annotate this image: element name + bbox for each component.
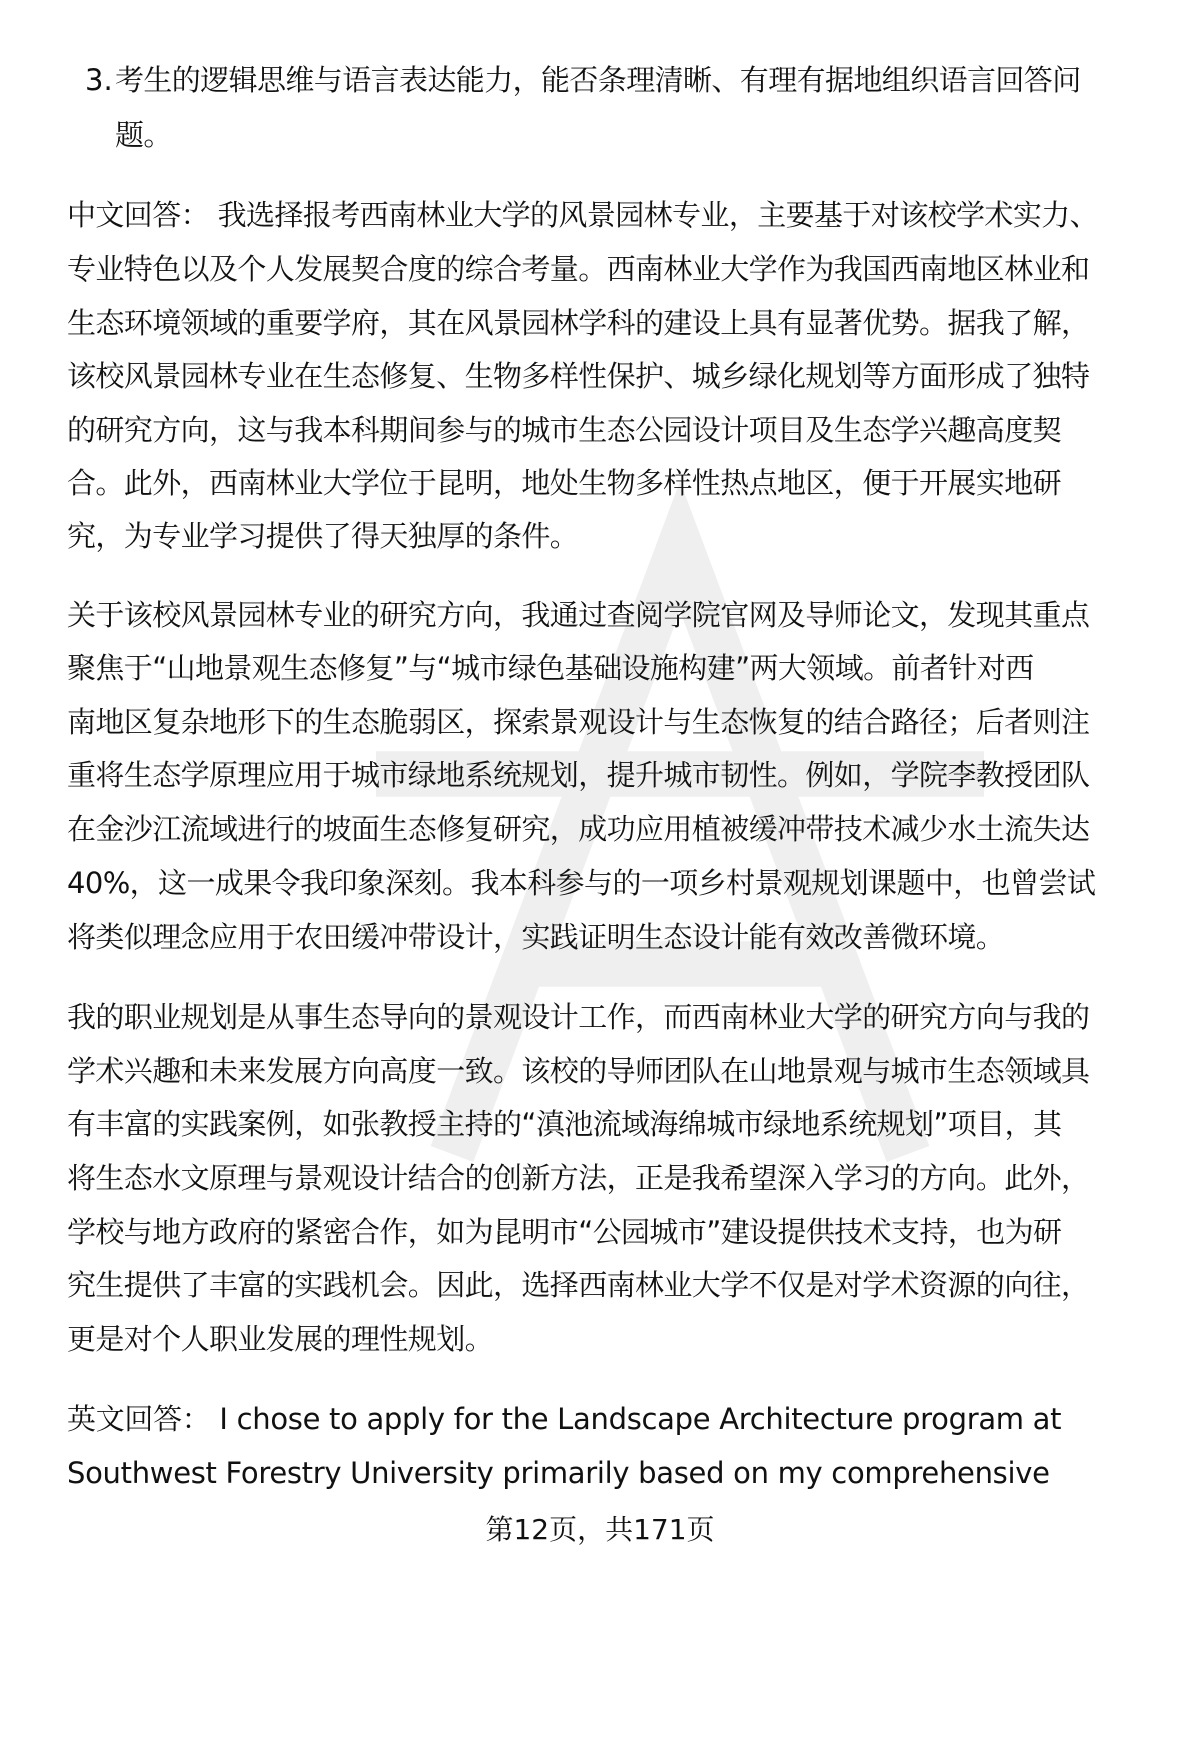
paragraph-line: 将类似理念应用于农田缓冲带设计，实践证明生态设计能有效改善微环境。	[67, 917, 1147, 957]
paragraph-line: 有丰富的实践案例，如张教授主持的“滇池流域海绵城市绿地系统规划”项目，其	[67, 1104, 1147, 1144]
paragraph-line: 聚焦于“山地景观生态修复”与“城市绿色基础设施构建”两大领域。前者针对西	[67, 648, 1147, 688]
paragraph-line: 更是对个人职业发展的理性规划。	[67, 1319, 1147, 1359]
paragraph-line: 的研究方向，这与我本科期间参与的城市生态公园设计项目及生态学兴趣高度契	[67, 410, 1147, 450]
paragraph-line: 在金沙江流域进行的坡面生态修复研究，成功应用植被缓冲带技术减少水土流失达	[67, 809, 1147, 849]
list-number: 3.	[85, 60, 113, 100]
paragraph-line: 合。此外，西南林业大学位于昆明，地处生物多样性热点地区，便于开展实地研	[67, 463, 1147, 503]
paragraph-line: 究，为专业学习提供了得天独厚的条件。	[67, 516, 1147, 556]
paragraph-line: 南地区复杂地形下的生态脆弱区，探索景观设计与生态恢复的结合路径；后者则注	[67, 702, 1147, 742]
paragraph-line: 英文回答： I chose to apply for the Landscape…	[67, 1399, 1147, 1439]
paragraph-line: 究生提供了丰富的实践机会。因此，选择西南林业大学不仅是对学术资源的向往，	[67, 1265, 1147, 1305]
paragraph-line: 重将生态学原理应用于城市绿地系统规划，提升城市韧性。例如，学院李教授团队	[67, 755, 1147, 795]
paragraph-line: 生态环境领域的重要学府，其在风景园林学科的建设上具有显著优势。据我了解，	[67, 303, 1147, 343]
list-item-text: 考生的逻辑思维与语言表达能力，能否条理清晰、有理有据地组织语言回答问	[115, 60, 1195, 100]
paragraph-line: 学校与地方政府的紧密合作，如为昆明市“公园城市”建设提供技术支持，也为研	[67, 1212, 1147, 1252]
paragraph-line: 我的职业规划是从事生态导向的景观设计工作，而西南林业大学的研究方向与我的	[67, 997, 1147, 1037]
paragraph-line: 将生态水文原理与景观设计结合的创新方法，正是我希望深入学习的方向。此外，	[67, 1158, 1147, 1198]
paragraph-line: 学术兴趣和未来发展方向高度一致。该校的导师团队在山地景观与城市生态领域具	[67, 1051, 1147, 1091]
page-indicator: 第12页，共171页	[0, 1510, 1200, 1550]
list-item-text: 题。	[115, 115, 1195, 155]
document-page: 3. 考生的逻辑思维与语言表达能力，能否条理清晰、有理有据地组织语言回答问 题。…	[0, 0, 1200, 1755]
paragraph-line: 专业特色以及个人发展契合度的综合考量。西南林业大学作为我国西南地区林业和	[67, 249, 1147, 289]
paragraph-line: 40%，这一成果令我印象深刻。我本科参与的一项乡村景观规划课题中，也曾尝试	[67, 863, 1147, 903]
paragraph-line: Southwest Forestry University primarily …	[67, 1453, 1147, 1493]
paragraph-line: 关于该校风景园林专业的研究方向，我通过查阅学院官网及导师论文，发现其重点	[67, 595, 1147, 635]
paragraph-line: 中文回答： 我选择报考西南林业大学的风景园林专业，主要基于对该校学术实力、	[67, 195, 1147, 235]
paragraph-line: 该校风景园林专业在生态修复、生物多样性保护、城乡绿化规划等方面形成了独特	[67, 356, 1147, 396]
